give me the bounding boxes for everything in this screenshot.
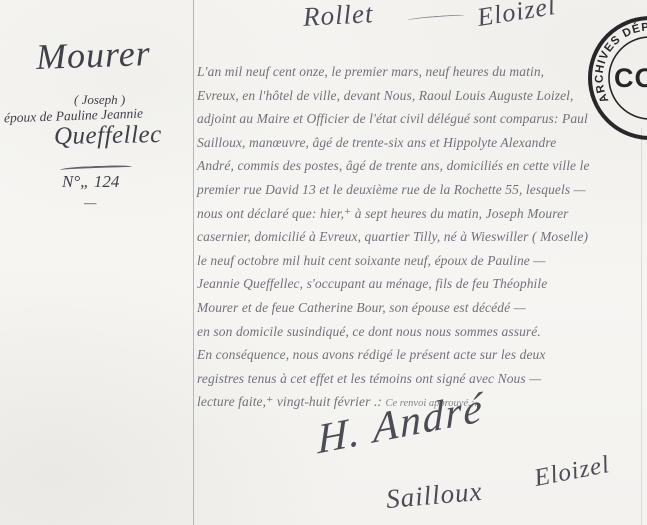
body-line: adjoint au Maire et Officier de l'état c… (197, 107, 645, 131)
margin-spouse-line2: Queffellec (54, 121, 162, 151)
act-body-text: L'an mil neuf cent onze, le premier mars… (197, 60, 645, 414)
body-line: Mourer et de feue Catherine Bour, son ép… (197, 296, 645, 320)
margin-rule-line (193, 0, 194, 525)
body-line: Evreux, en l'hôtel de ville, devant Nous… (197, 84, 645, 108)
body-line: casernier, domicilié à Evreux, quartier … (197, 225, 645, 249)
stamp-graphic: ARCHIVES DÉPARTEM CO (583, 11, 647, 145)
body-line: nous ont déclaré que: hier,⁺ à sept heur… (197, 202, 645, 226)
stamp-center-text: CO (614, 63, 647, 93)
act-number: N°„ 124 (62, 172, 119, 192)
signature-sailloux: Sailloux (385, 476, 484, 515)
body-line: premier rue David 13 et le deuxième rue … (197, 178, 645, 202)
body-line: en son domicile susindiqué, ce dont nous… (197, 320, 645, 344)
margin-dash: — (84, 196, 96, 212)
archives-departementales-stamp: ARCHIVES DÉPARTEM CO (583, 11, 647, 145)
body-line: André, commis des postes, âgé de trente … (197, 154, 645, 178)
signature-eloizel-bottom: Eloizel (532, 451, 612, 493)
signature-flourish (407, 14, 465, 22)
body-line: le neuf octobre mil huit cent soixante n… (197, 249, 645, 273)
signature-eloizel-top: Eloizel (475, 0, 558, 33)
closing-text: lecture faite,⁺ vingt-huit février .: (197, 394, 382, 409)
body-line: Jeannie Queffellec, s'occupant au ménage… (197, 272, 645, 296)
body-line: registres tenus à cet effet et les témoi… (197, 367, 645, 391)
margin-surname: Mourer (35, 32, 151, 78)
body-line: En conséquence, nous avons rédigé le pré… (197, 343, 645, 367)
scanned-civil-record-page: Mourer ( Joseph ) époux de Pauline Jeann… (0, 0, 647, 525)
body-line: Sailloux, manœuvre, âgé de trente-six an… (197, 131, 645, 155)
body-line: L'an mil neuf cent onze, le premier mars… (197, 60, 645, 84)
signature-rollet: Rollet (302, 0, 374, 33)
